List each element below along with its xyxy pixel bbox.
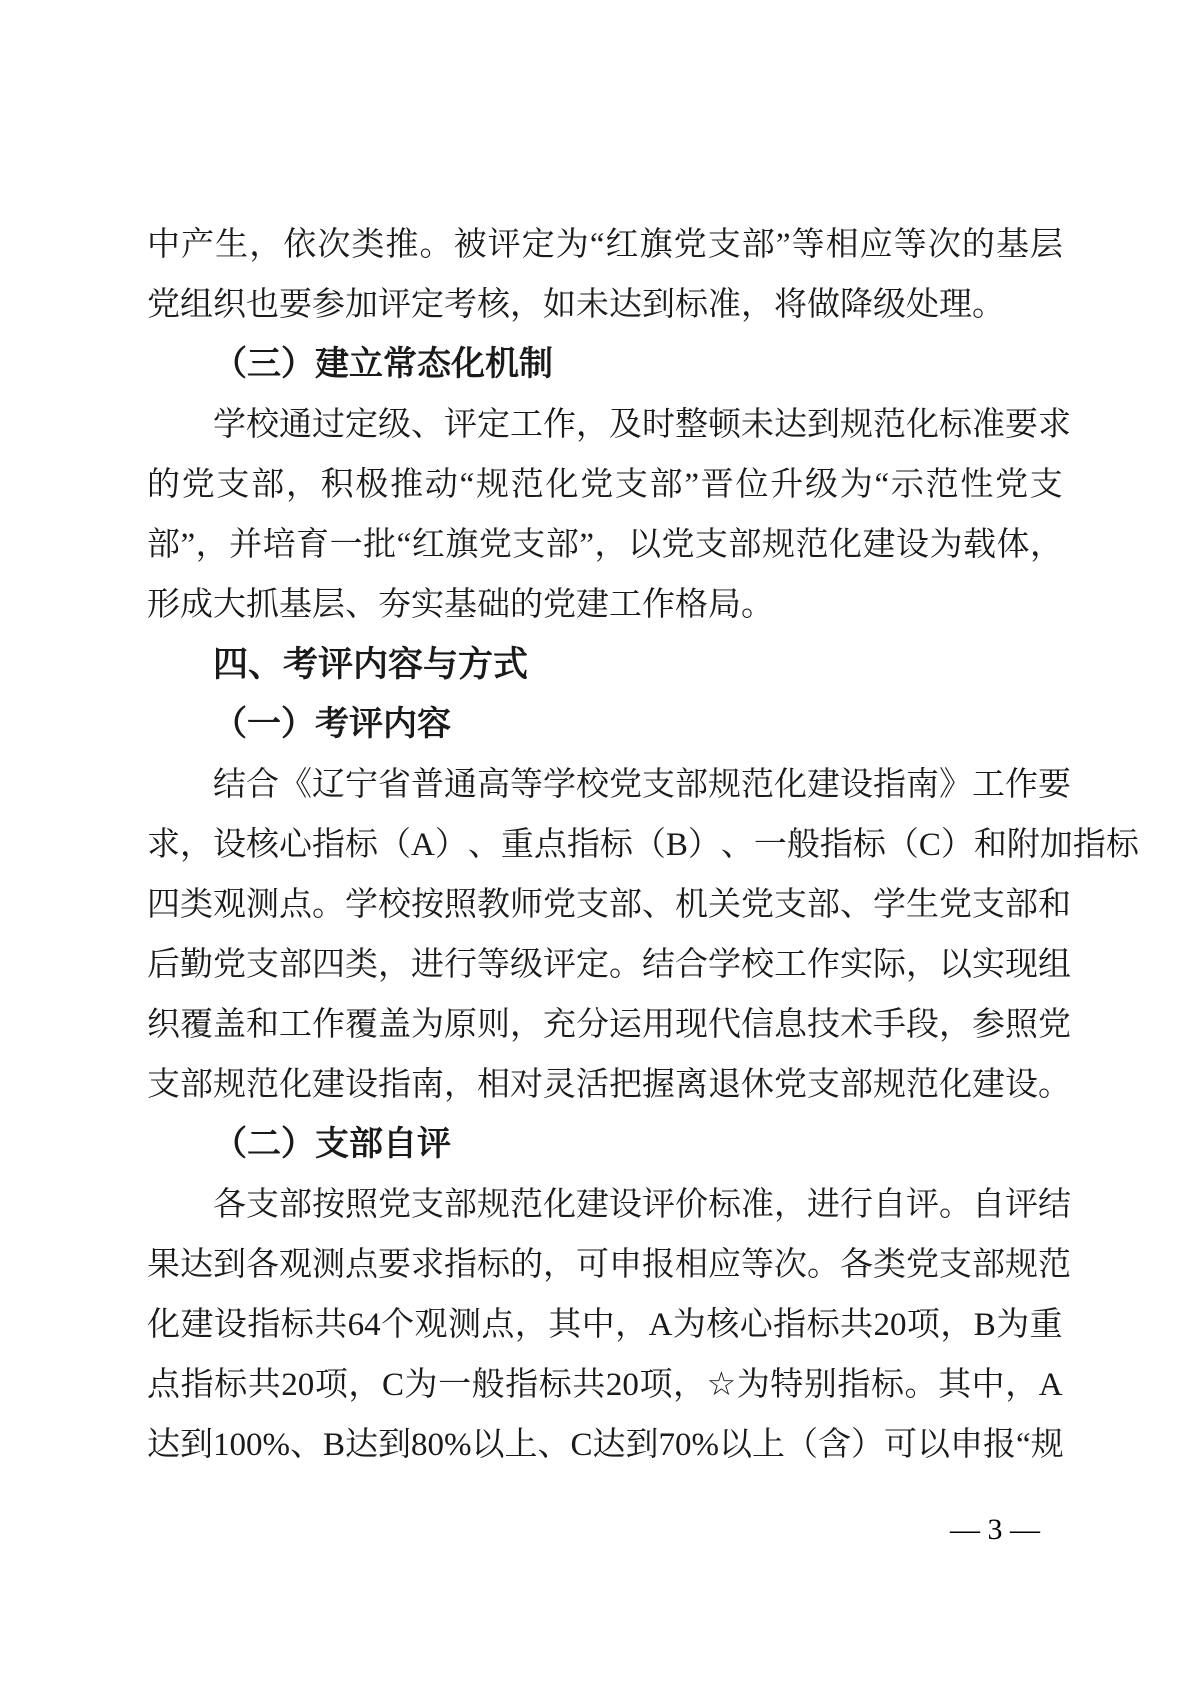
section-heading: （一）考评内容 <box>147 695 1063 755</box>
text-line: 点指标共20项，C为一般指标共20项，☆为特别指标。其中，A <box>147 1355 1063 1415</box>
document-body: 中产生，依次类推。被评定为“红旗党支部”等相应等次的基层党组织也要参加评定考核，… <box>147 215 1063 1475</box>
text-line: 达到100%、B达到80%以上、C达到70%以上（含）可以申报“规 <box>147 1415 1063 1475</box>
text-line: 四类观测点。学校按照教师党支部、机关党支部、学生党支部和 <box>147 875 1063 935</box>
section-heading: 四、考评内容与方式 <box>147 635 1063 695</box>
text-line: 支部规范化建设指南，相对灵活把握离退休党支部规范化建设。 <box>147 1055 1063 1115</box>
text-line: 部”，并培育一批“红旗党支部”，以党支部规范化建设为载体， <box>147 515 1063 575</box>
text-line: 形成大抓基层、夯实基础的党建工作格局。 <box>147 575 1063 635</box>
text-line: 求，设核心指标（A）、重点指标（B）、一般指标（C）和附加指标 <box>147 815 1063 875</box>
section-heading: （三）建立常态化机制 <box>147 335 1063 395</box>
text-line: 结合《辽宁省普通高等学校党支部规范化建设指南》工作要 <box>147 755 1063 815</box>
text-line: 化建设指标共64个观测点，其中，A为核心指标共20项，B为重 <box>147 1295 1063 1355</box>
text-line: 后勤党支部四类，进行等级评定。结合学校工作实际，以实现组 <box>147 935 1063 995</box>
document-page: 中产生，依次类推。被评定为“红旗党支部”等相应等次的基层党组织也要参加评定考核，… <box>0 0 1191 1684</box>
text-line: 各支部按照党支部规范化建设评价标准，进行自评。自评结 <box>147 1175 1063 1235</box>
text-line: 织覆盖和工作覆盖为原则，充分运用现代信息技术手段，参照党 <box>147 995 1063 1055</box>
page-number: — 3 — <box>905 1505 1085 1555</box>
text-line: 中产生，依次类推。被评定为“红旗党支部”等相应等次的基层 <box>147 215 1063 275</box>
section-heading: （二）支部自评 <box>147 1115 1063 1175</box>
text-line: 的党支部，积极推动“规范化党支部”晋位升级为“示范性党支 <box>147 455 1063 515</box>
text-line: 果达到各观测点要求指标的，可申报相应等次。各类党支部规范 <box>147 1235 1063 1295</box>
text-line: 党组织也要参加评定考核，如未达到标准，将做降级处理。 <box>147 275 1063 335</box>
text-line: 学校通过定级、评定工作，及时整顿未达到规范化标准要求 <box>147 395 1063 455</box>
